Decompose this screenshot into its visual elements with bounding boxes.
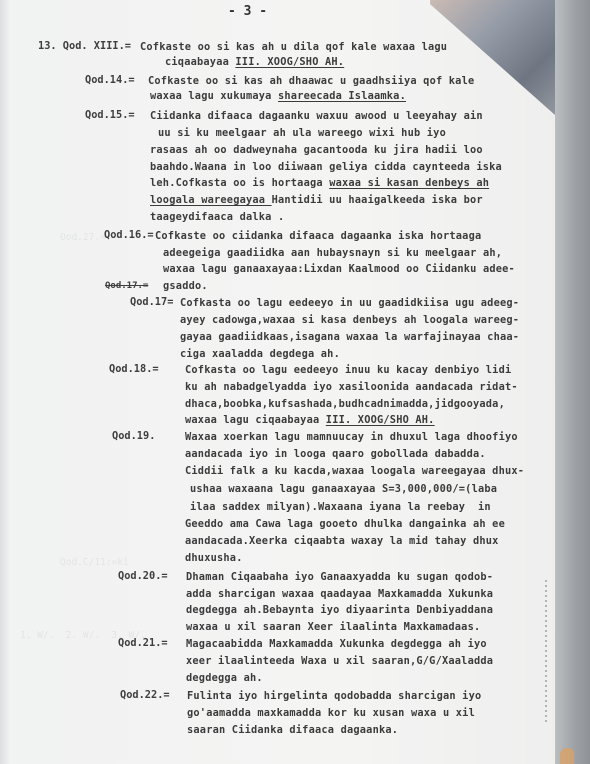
text-line: adeegeiga gaadiidka aan hubaysnayn si ku… [163,246,502,260]
margin-speckles [545,580,547,725]
underlined-text: shareecada Islaamka. [278,90,406,102]
text-line: Waxaa xoerkan lagu mamnuucay in dhuxul l… [185,430,518,444]
text-line: go'aamadda maxkamadda kor ku xusan waxa … [187,706,475,720]
text-line: Cofkaste oo ciidanka difaaca dagaanka is… [155,229,481,243]
underlined-text: III. XOOG/SHO AH. [235,56,344,68]
text-line: leh.Cofkasta oo is hortaaga waxaa si kas… [150,176,489,190]
text-line: ku ah nabadgelyadda iyo xasiloonida aand… [185,380,518,394]
text-line: Magacaabidda Maxkamadda Xukunka degdegga… [186,637,487,651]
text-line: Cofkasta oo lagu eedeeyo in uu gaadidkii… [180,296,519,310]
article-number: Qod.16.= [104,229,154,241]
text-line: waxaa lagu ganaaxayaa:Lixdan Kaalmood oo… [163,262,515,276]
text-line: degdegga ah.Bebaynta iyo diyaarinta Denb… [186,603,493,617]
text-line: xeer ilaalinteeda Waxa u xil saaran,G/G/… [186,654,493,668]
text-line: rasaas ah oo dadweynaha gacantooda ku ji… [150,143,483,157]
text-line: Cofkaste oo si kas ah dhaawac u gaadhsii… [148,74,474,88]
article-number: 13. Qod. XIII.= [38,40,131,52]
text-line: gsaddo. [163,279,208,293]
text-line: waxaa lagu xukumaya shareecada Islaamka. [150,89,406,103]
text-line: taageydifaaca dalka . [150,210,284,224]
text-line: baahdo.Waana in loo diiwaan geliya cidda… [150,160,502,174]
text-line: dhaca,boobka,kufsashada,budhcadnimadda,j… [185,397,505,411]
article-number: Qod.21.= [118,637,168,649]
text-line: Ciddii falk a ku kacda,waxaa loogala war… [185,464,524,478]
text-line: aandacada iyo in looga qaaro gobollada d… [185,447,486,461]
underlined-text: waxaa si kasan denbeys ah [329,177,489,189]
text-line: waxaa lagu ciqaabayaa III. XOOG/SHO AH. [185,413,435,427]
text-line: Geeddo ama Cawa laga gooeto dhulka danga… [185,517,505,531]
text-line: dhuxusha. [185,551,243,565]
text-line: ayey cadowga,waxaa si kasa denbeys ah lo… [180,313,519,327]
text-line: gayaa gaadiidkaas,isagana waxaa la warfa… [180,330,519,344]
article-number: Qod.14.= [85,74,135,86]
page-number: - 3 - [228,4,267,19]
text-line: Dhaman Ciqaabaha iyo Ganaaxyadda ku suga… [186,570,493,584]
article-number: Qod.15.= [85,109,135,121]
scanner-edge [555,0,590,764]
text-line: Cofkaste oo si kas ah u dila qof kale wa… [140,40,447,54]
text-line: ilaa saddex milyan).Waxaana iyana la ree… [190,500,491,514]
underlined-text: loogala wareegayaa [150,194,272,206]
text-line: aandacada.Xeerka ciqaabta waxay la mid t… [185,534,499,548]
text-line: Ciidanka difaaca dagaanku waxuu awood u … [150,109,483,123]
article-number: Qod.17= [130,296,173,308]
text-line: Cofkasta oo lagu eedeeyo inuu ku kacay d… [185,363,511,377]
text-line: uu si ku meelgaar ah ula wareego wixi hu… [158,126,446,140]
article-number: Qod.22.= [120,689,170,701]
bleed-through-text: Qod.C/11:=ki [60,555,129,571]
struck-marginal-note: Qod.17.= [105,281,148,291]
underlined-text: III. XOOG/SHO AH. [326,414,435,426]
text-line: waxaa u xil saaran Xeer ilaalinta Maxkam… [186,620,480,634]
paper-stain [560,748,574,764]
text-line: saaran Ciidanka difaaca dagaanka. [187,723,398,737]
text-line: ciga xaaladda degdega ah. [180,347,340,361]
article-number: Qod.19. [112,430,155,442]
article-number: Qod.18.= [109,363,159,375]
text-line: ushaa waxaana lagu ganaaxayaa S=3,000,00… [190,482,497,496]
text-line: ciqaabayaa III. XOOG/SHO AH. [165,55,344,69]
text-line: loogala wareegayaa Hantidii uu haaigalke… [150,193,483,207]
article-number: Qod.20.= [118,570,168,582]
text-line: adda sharcigan waxaa qaadayaa Maxkamadda… [186,587,493,601]
text-line: degdegga ah. [186,671,263,685]
text-line: Fulinta iyo hirgelinta qodobadda sharcig… [187,689,481,703]
